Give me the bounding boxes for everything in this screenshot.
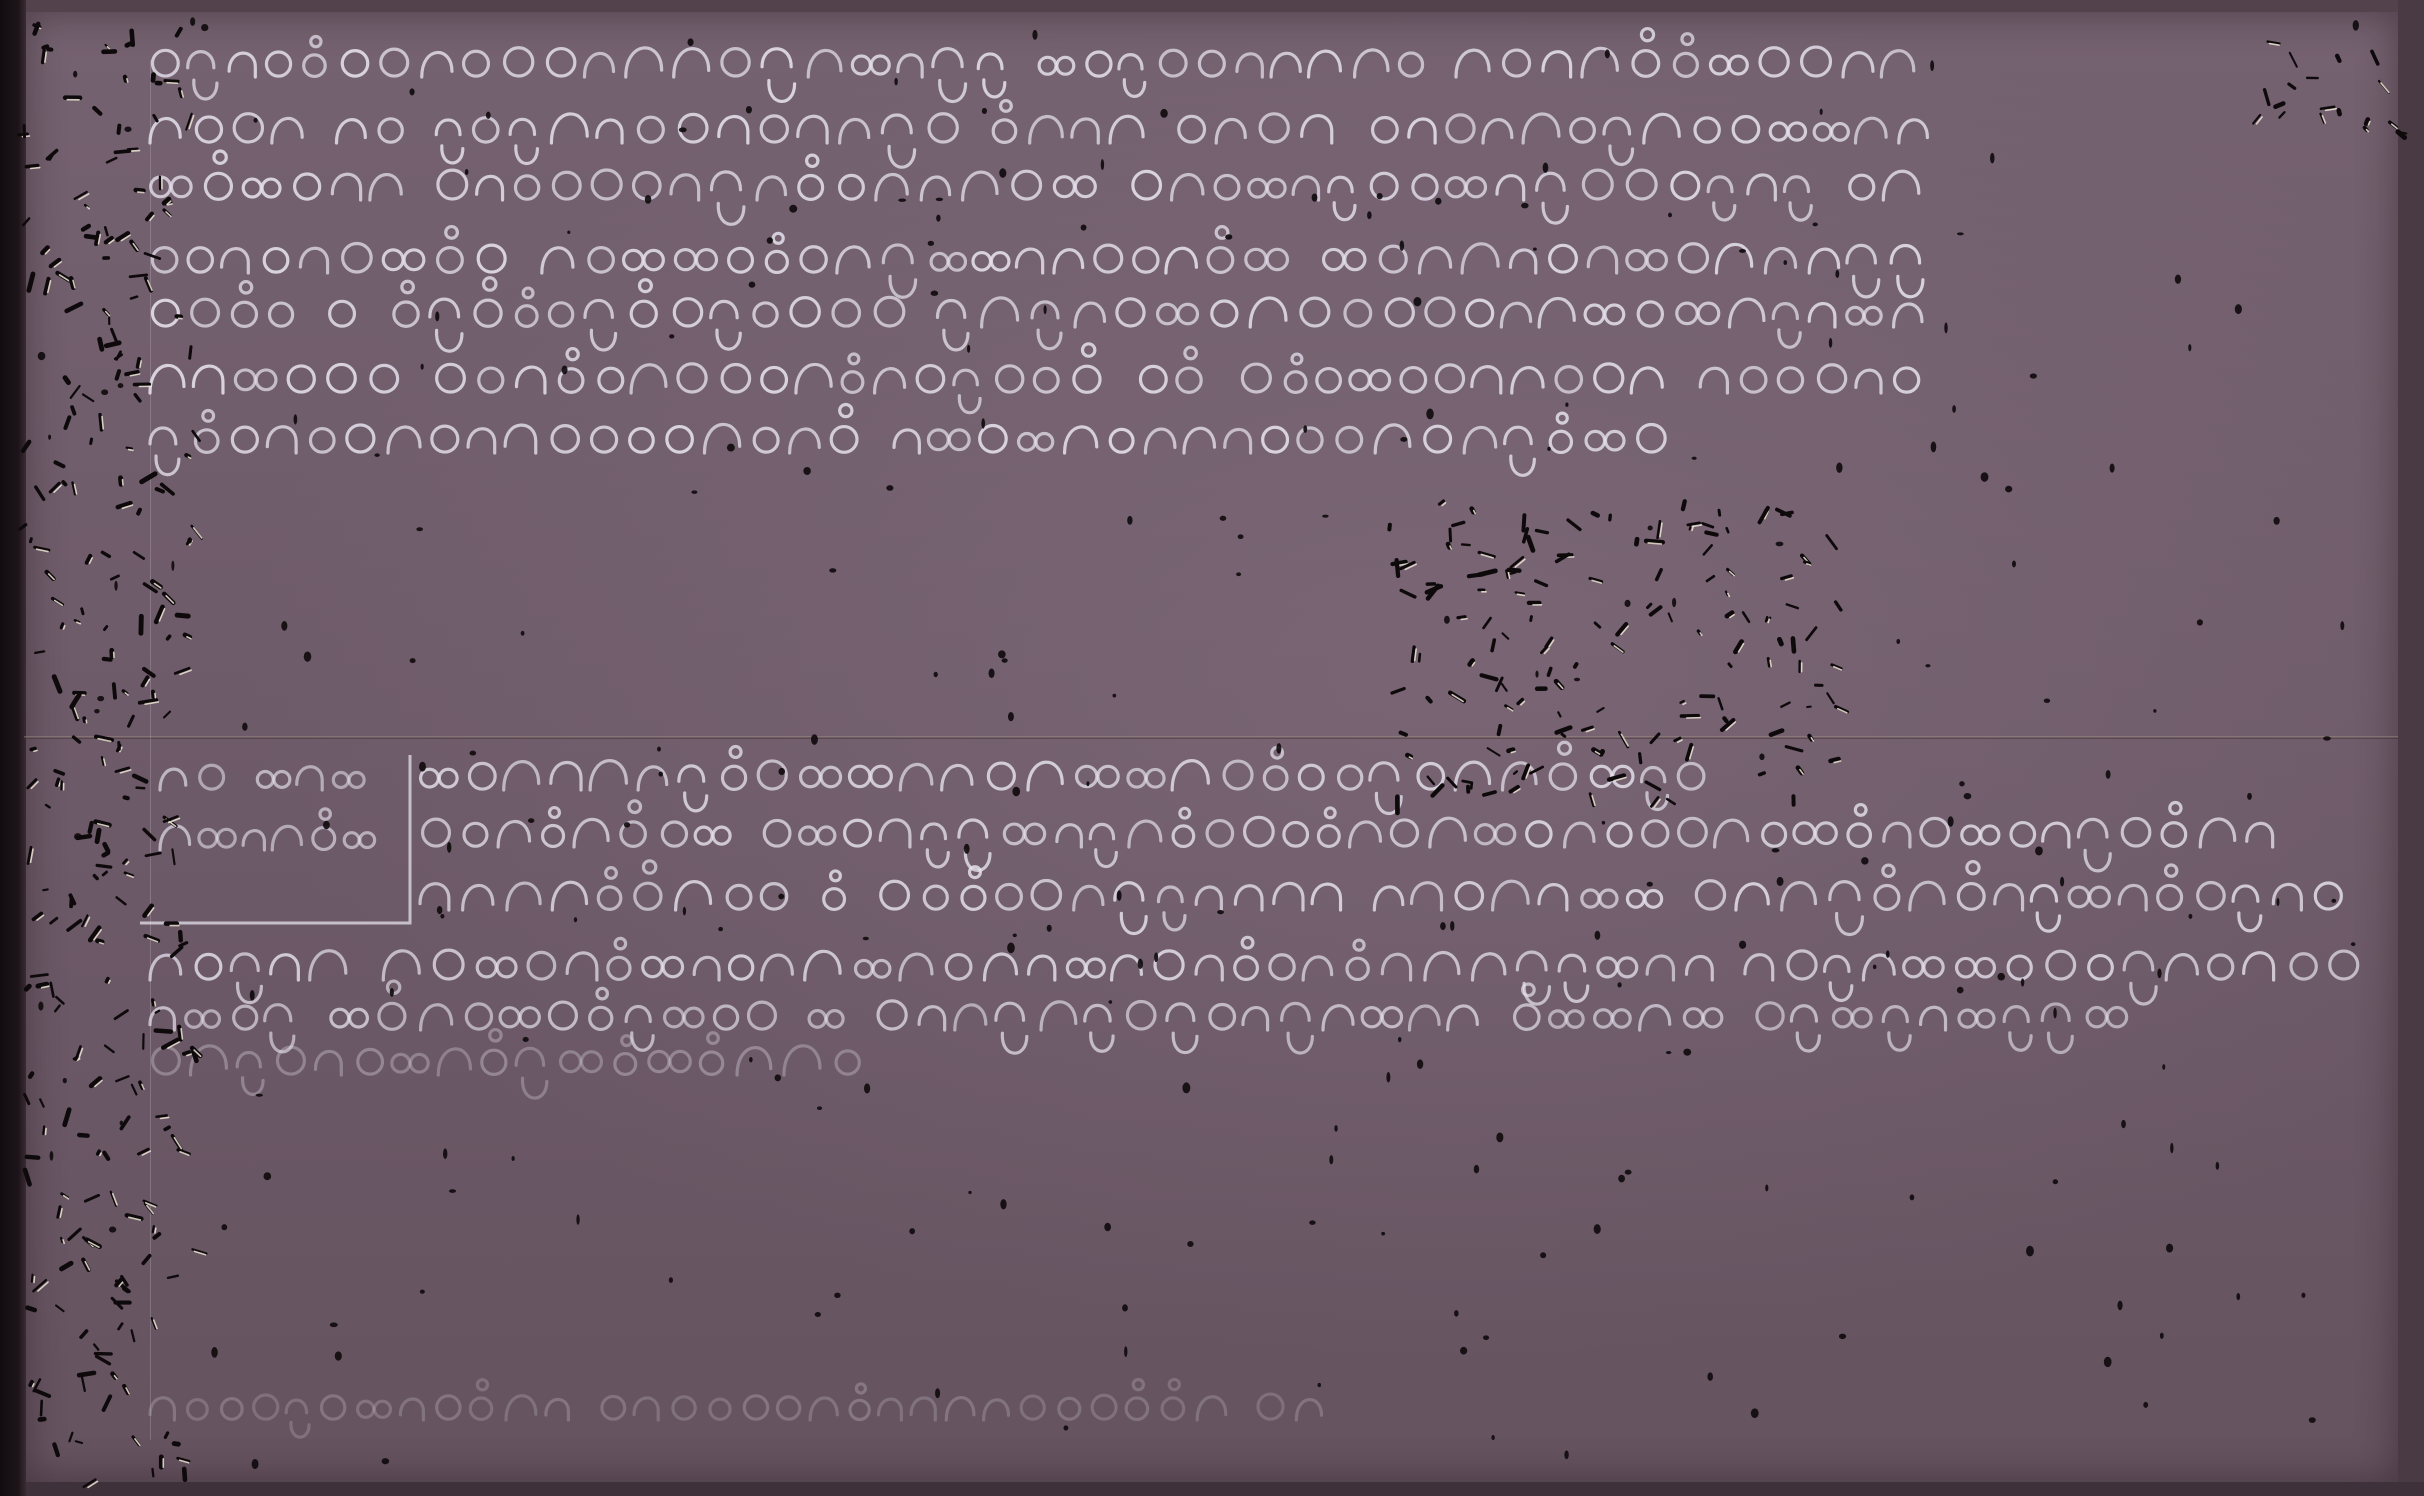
script-line-upper-7	[150, 404, 1665, 475]
marginal-note-line-2	[160, 809, 375, 850]
script-line-upper-5	[152, 278, 1921, 351]
script-line-upper-3	[151, 151, 1919, 224]
script-line-upper-4	[152, 227, 1923, 298]
script-line-lower-6	[153, 1030, 860, 1099]
script-line-upper-1	[152, 29, 1913, 102]
manuscript-photo: Burmese parabaik manuscript (folded pape…	[0, 0, 2424, 1496]
marginal-note-line-1	[160, 765, 364, 790]
script-line-lower-4	[150, 937, 2358, 1004]
script-line-faint-bottom	[150, 1379, 1322, 1437]
script-line-upper-6	[150, 344, 1919, 413]
script-line-lower-3	[420, 861, 2341, 935]
script-line-upper-2	[150, 101, 1927, 168]
handwritten-script-layer	[0, 0, 2424, 1496]
paper-damage	[19, 17, 2407, 1487]
